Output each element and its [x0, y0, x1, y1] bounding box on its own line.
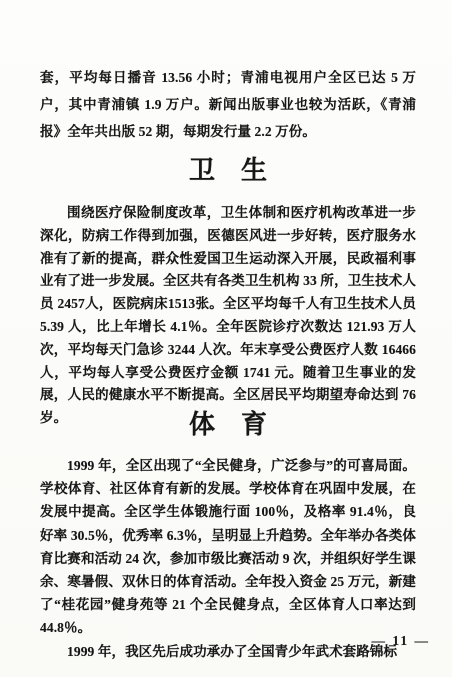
- section-heading-sports: 体 育: [40, 408, 416, 442]
- document-page: 套，平均每日播音 13.56 小时；青浦电视用户全区已达 5 万户，其中青浦镇 …: [0, 0, 452, 677]
- paragraph-health: 围绕医疗保险制度改革，卫生体制和医疗机构改革进一步深化，防病工作得到加强，医德医…: [40, 202, 416, 430]
- sports-paragraphs: 1999 年，全区出现了“全民健身，广泛参与”的可喜局面。学校体育、社区体育有新…: [40, 454, 416, 663]
- paragraph-sports-events: 1999 年，我区先后成功承办了全国青少年武术套路锦标: [40, 640, 416, 663]
- paragraph-sports-overview: 1999 年，全区出现了“全民健身，广泛参与”的可喜局面。学校体育、社区体育有新…: [40, 454, 416, 640]
- page-number: — 11 —: [371, 633, 430, 649]
- section-heading-health: 卫 生: [40, 154, 416, 188]
- paragraph-continuation: 套，平均每日播音 13.56 小时；青浦电视用户全区已达 5 万户，其中青浦镇 …: [40, 64, 416, 145]
